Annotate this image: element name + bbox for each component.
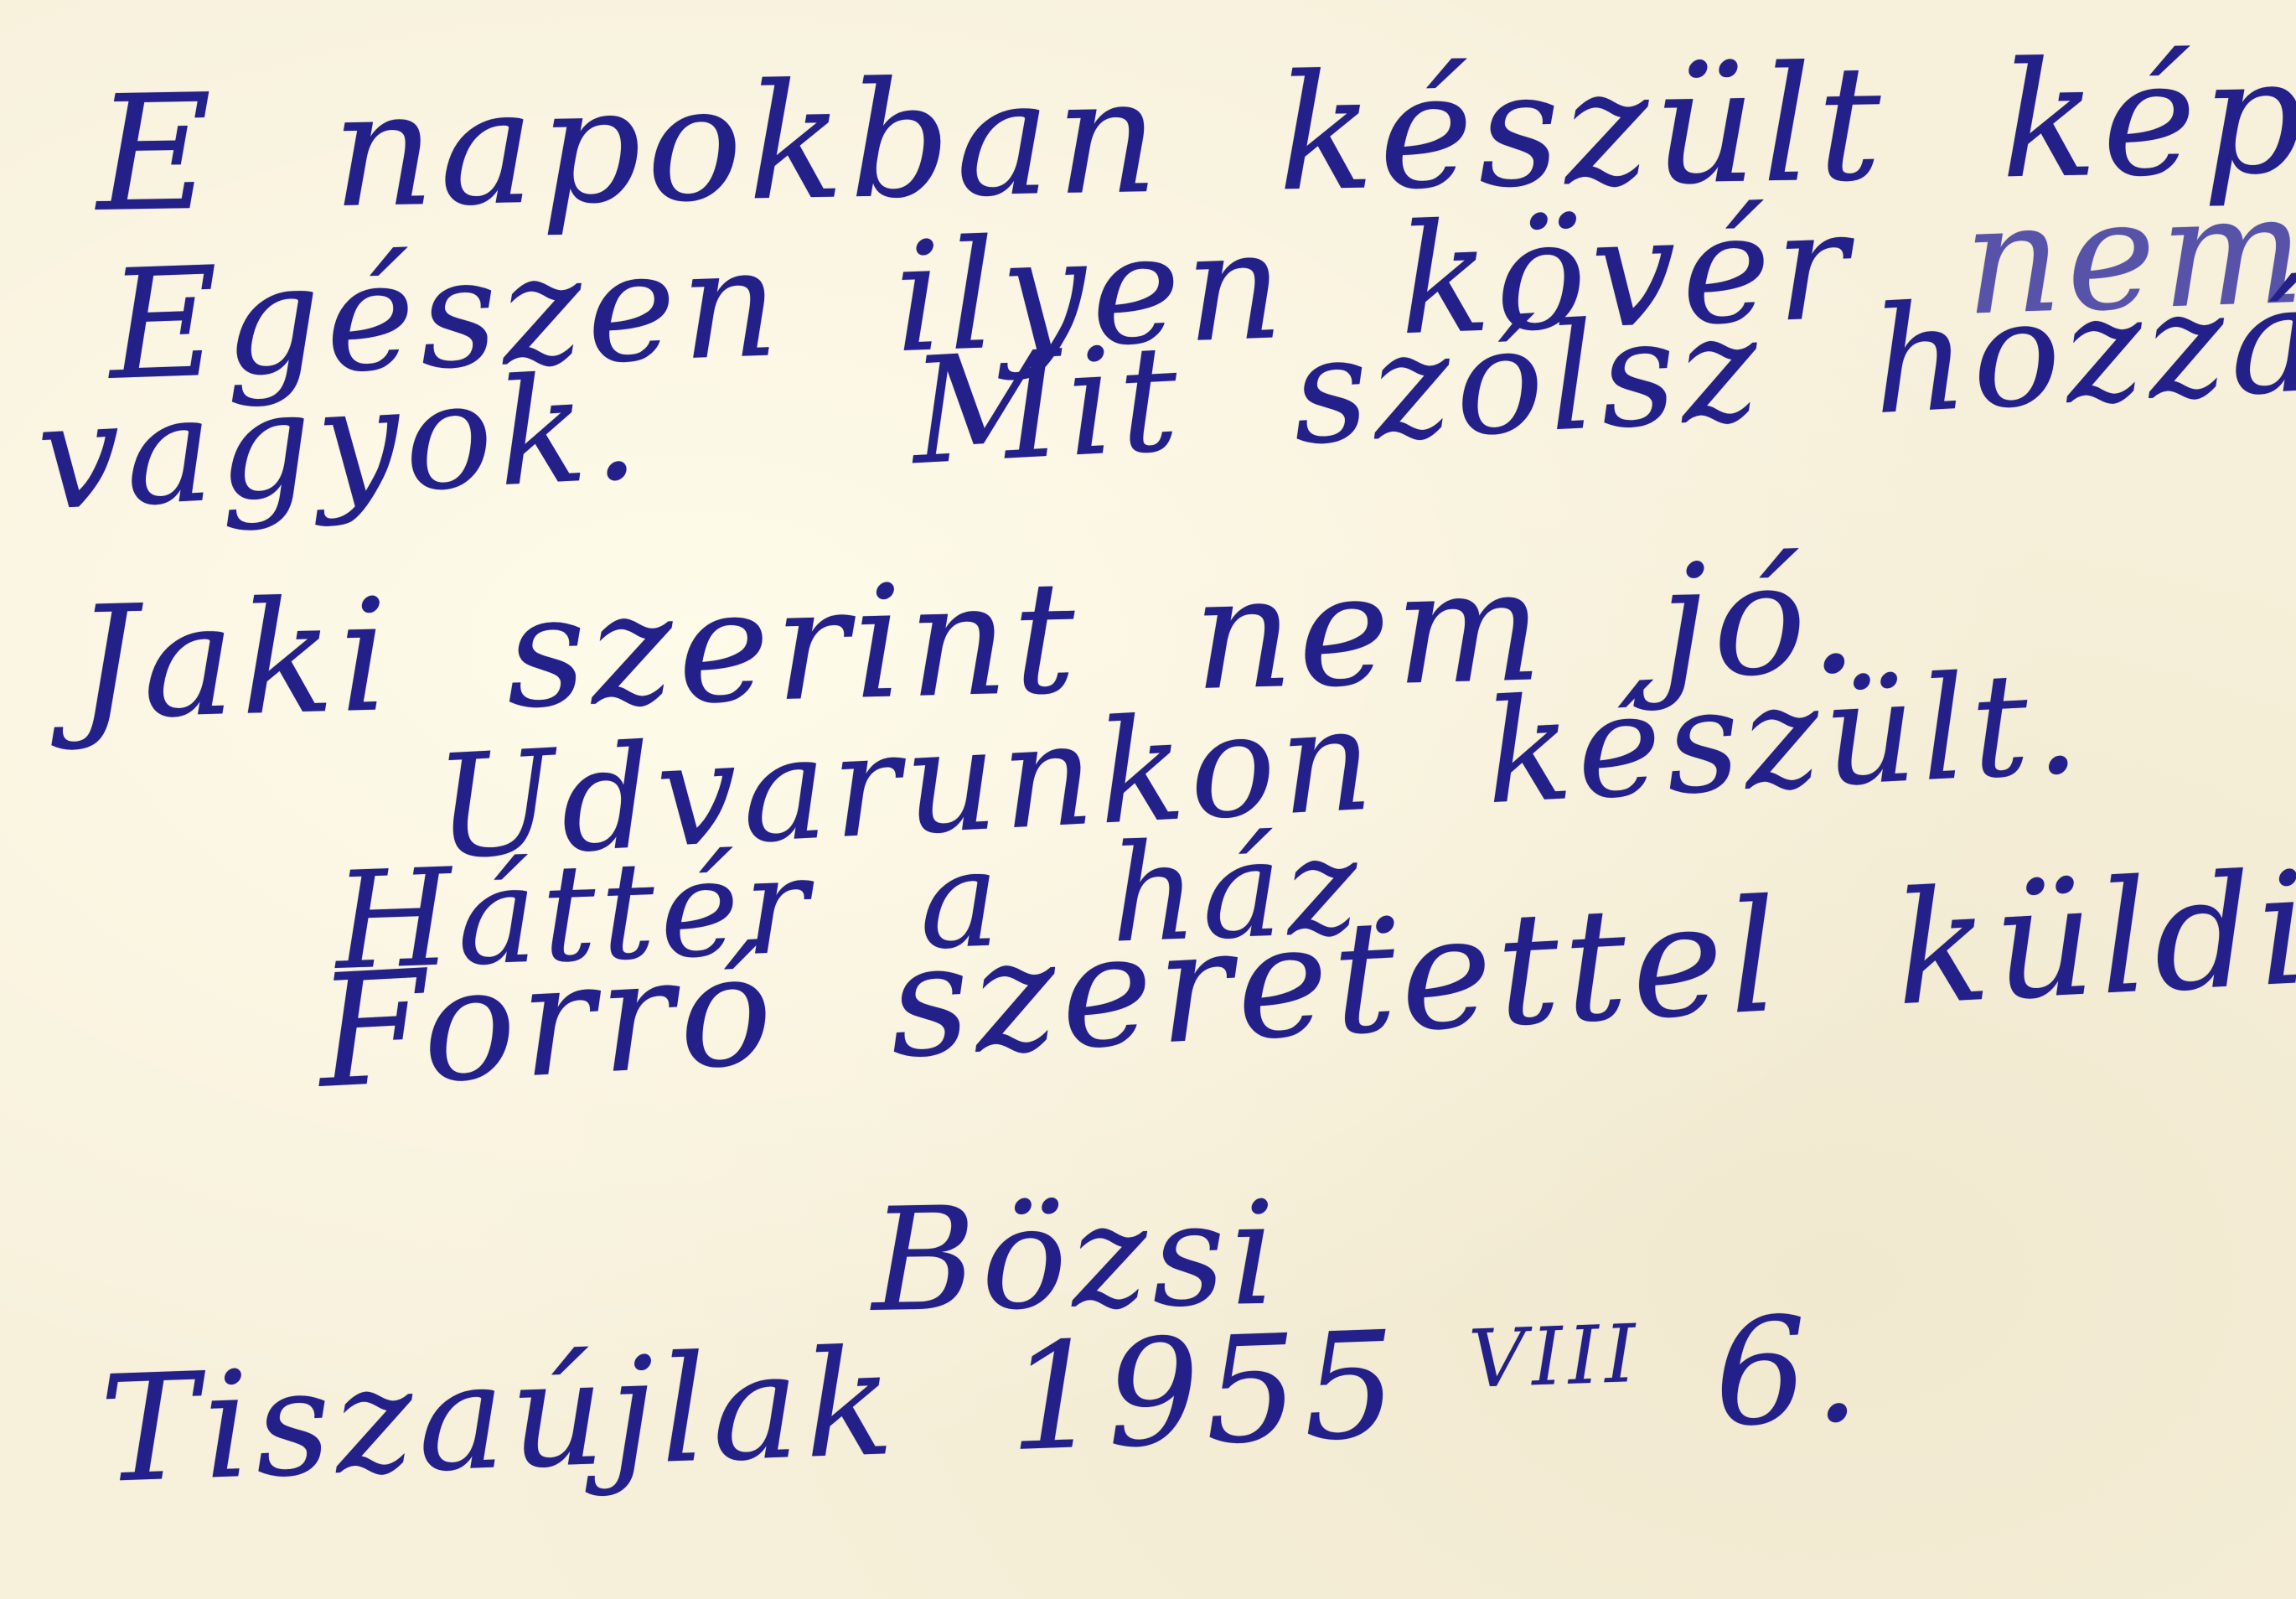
place-name: Tiszaújlak: [98, 1330, 901, 1504]
month-roman: VIII: [1467, 1308, 1642, 1406]
word: vagyok.: [34, 354, 646, 532]
word: Forró: [314, 931, 781, 1110]
word: Jaki: [74, 578, 396, 742]
postcard-back: E napokban készült kép. Egészen ilyen kö…: [0, 0, 2296, 1599]
word: Mit: [908, 326, 1187, 487]
word: napokban: [330, 57, 1164, 230]
word: szólsz: [1289, 295, 1766, 466]
year: 1955: [1006, 1312, 1404, 1472]
word: E: [95, 73, 219, 234]
word: készült.: [1482, 651, 2087, 825]
word: szeretettel: [886, 879, 1787, 1081]
word: hozzá?: [1869, 261, 2296, 436]
word: küldi: [1891, 851, 2296, 1027]
day: 6.: [1712, 1296, 1867, 1448]
date-line: Tiszaújlak 1955 VIII 6.: [98, 1294, 1926, 1504]
